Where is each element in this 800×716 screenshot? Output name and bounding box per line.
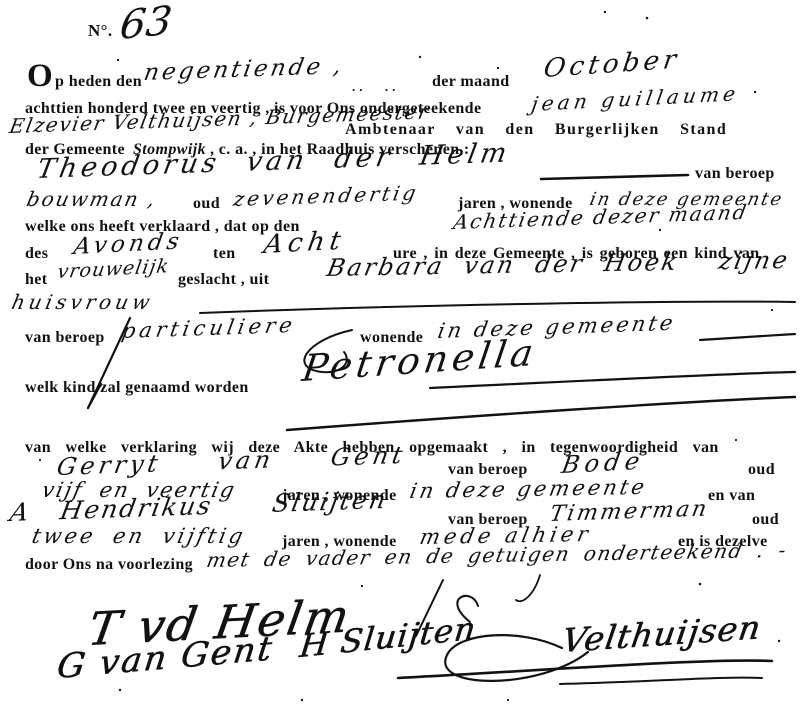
witness1-envan-label: en van	[708, 488, 755, 504]
opening-text: p heden den	[55, 74, 142, 90]
month-handwritten: October	[542, 47, 682, 82]
mother-relation-handwritten: huisvrouw	[10, 292, 156, 312]
mother-beroep-label: van beroep	[25, 330, 105, 346]
witness2-oud-label: oud	[752, 512, 779, 528]
des-label: des	[25, 246, 48, 262]
witness2-age-handwritten: twee en vijftig	[30, 526, 248, 547]
ten-label: ten	[213, 246, 236, 262]
declarant-beroep-handwritten: bouwman ,	[25, 189, 159, 209]
act-number-label: N°.	[88, 22, 113, 39]
act-number-value: 63	[118, 1, 174, 46]
mother-beroep-handwritten: particuliere	[120, 315, 298, 342]
stray-stroke-2	[516, 575, 540, 601]
declarant-oud-label: oud	[193, 196, 220, 212]
geslacht-label: geslacht , uit	[178, 272, 269, 288]
rule-after-huisvrouw	[200, 302, 795, 313]
flourish-sweep	[287, 397, 795, 430]
declarant-beroep-label: van beroep	[695, 166, 775, 182]
rule-after-residence	[700, 334, 795, 340]
gender-handwritten: vrouwelijk	[56, 257, 171, 282]
het-label: het	[25, 272, 48, 288]
official-firstname-handwritten: jean guillaume	[530, 83, 741, 114]
official-title-printed: Ambtenaar van den Burgerlijken Stand	[345, 122, 727, 138]
month-label: der maand	[432, 74, 510, 90]
witness1-oud-label: oud	[748, 462, 775, 478]
signature-underline-2	[560, 678, 762, 684]
declarant-age-handwritten: zevenendertig	[232, 183, 420, 209]
mother-name-handwritten: Barbara van der Hoek zijne	[325, 248, 792, 280]
witness1-beroep-label: van beroep	[448, 462, 528, 478]
voorlezing-label: door Ons na voorlezing	[25, 557, 193, 573]
witness1-residence-handwritten: in deze gemeente	[408, 477, 649, 502]
rule-after-declarant-name	[541, 175, 688, 179]
childname-label: welk kind zal genaamd worden	[25, 380, 249, 396]
witness1-beroep-handwritten: Bode	[560, 449, 646, 477]
day-handwritten: negentiende ,	[142, 55, 346, 85]
signature-registrar: Velthuijsen	[560, 610, 763, 657]
filler-dots: . . . .	[352, 80, 396, 93]
signature-underline	[398, 661, 772, 678]
childname-handwritten: Petronella	[300, 334, 540, 387]
opening-dropcap: O	[27, 60, 53, 93]
birth-certificate-scan: N°. 63 O p heden den negentiende , . . .…	[0, 0, 800, 716]
